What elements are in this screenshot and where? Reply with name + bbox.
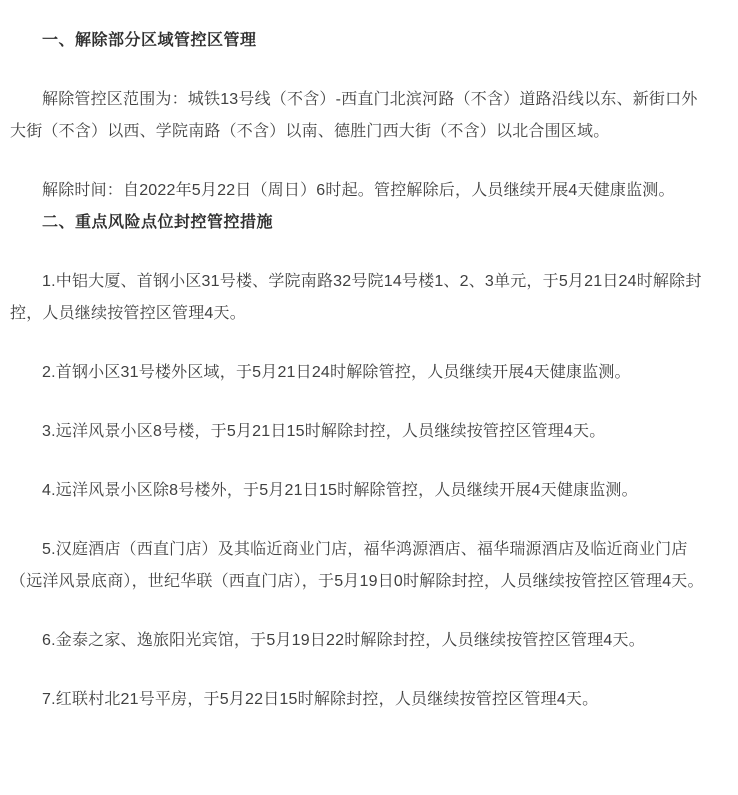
section-release-control-zone: 一、解除部分区域管控区管理 解除管控区范围为：城铁13号线（不含）-西直门北滨河… <box>10 25 708 207</box>
section-2-item-3: 3.远洋风景小区8号楼，于5月21日15时解除封控，人员继续按管控区管理4天。 <box>10 416 708 448</box>
section-1-paragraph-time: 解除时间：自2022年5月22日（周日）6时起。管控解除后，人员继续开展4天健康… <box>10 175 708 207</box>
section-2-item-7: 7.红联村北21号平房，于5月22日15时解除封控，人员继续按管控区管理4天。 <box>10 684 708 716</box>
section-2-heading: 二、重点风险点位封控管控措施 <box>10 207 708 239</box>
section-2-item-6: 6.金泰之家、逸旅阳光宾馆，于5月19日22时解除封控，人员继续按管控区管理4天… <box>10 625 708 657</box>
section-key-risk-points: 二、重点风险点位封控管控措施 1.中铝大厦、首钢小区31号楼、学院南路32号院1… <box>10 207 708 716</box>
section-1-heading: 一、解除部分区域管控区管理 <box>10 25 708 57</box>
section-2-item-5: 5.汉庭酒店（西直门店）及其临近商业门店，福华鸿源酒店、福华瑞源酒店及临近商业门… <box>10 534 708 598</box>
notice-document-page: 一、解除部分区域管控区管理 解除管控区范围为：城铁13号线（不含）-西直门北滨河… <box>0 0 738 795</box>
section-2-item-2: 2.首钢小区31号楼外区域，于5月21日24时解除管控，人员继续开展4天健康监测… <box>10 357 708 389</box>
section-2-item-1: 1.中铝大厦、首钢小区31号楼、学院南路32号院14号楼1、2、3单元，于5月2… <box>10 266 708 330</box>
section-2-item-4: 4.远洋风景小区除8号楼外，于5月21日15时解除管控，人员继续开展4天健康监测… <box>10 475 708 507</box>
section-1-paragraph-scope: 解除管控区范围为：城铁13号线（不含）-西直门北滨河路（不含）道路沿线以东、新街… <box>10 84 708 148</box>
